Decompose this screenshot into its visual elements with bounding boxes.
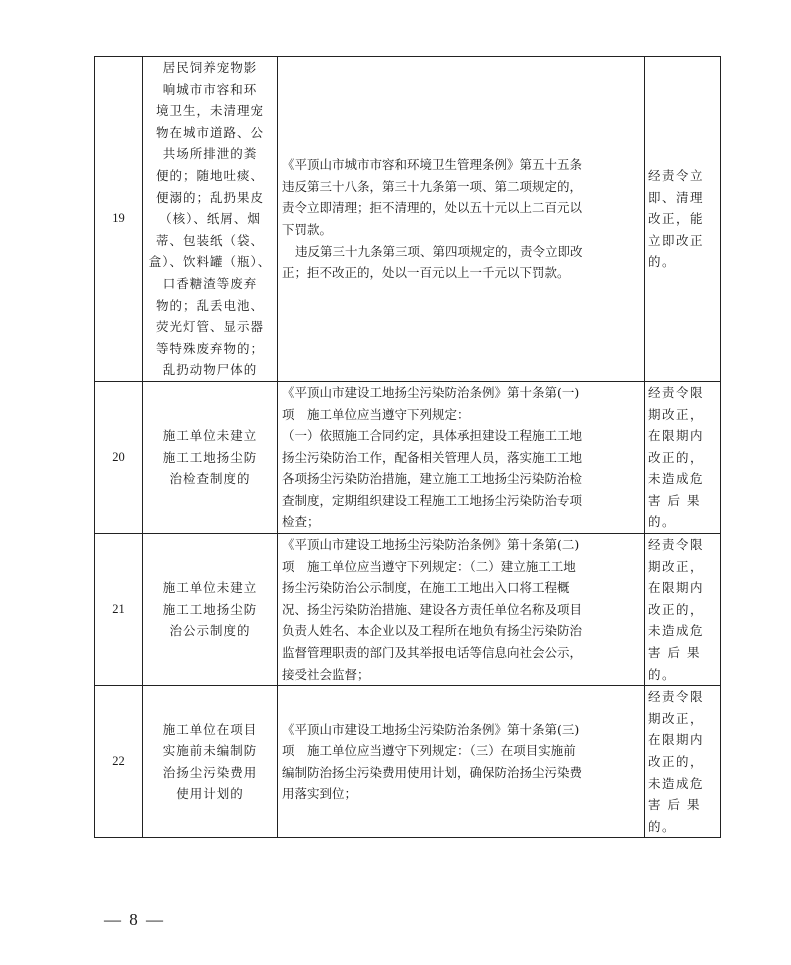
violation-description-line: 居民饲养宠物影 — [146, 57, 274, 79]
legal-basis-line: 《平顶山市建设工地扬尘污染防治条例》第十条第(一) — [282, 382, 640, 404]
violation-description-line: 响城市市容和环 — [146, 79, 274, 101]
exemption-condition-line: 的。 — [648, 664, 717, 686]
violation-description: 居民饲养宠物影响城市市容和环境卫生，未清理宠物在城市道路、公共场所排泄的粪便的；… — [143, 57, 278, 382]
legal-basis-line: 《平顶山市建设工地扬尘污染防治条例》第十条第(三) — [282, 719, 640, 741]
exemption-condition-line: 的。 — [648, 251, 717, 273]
violation-description-line: 便溺的；乱扔果皮 — [146, 187, 274, 209]
legal-basis: 《平顶山市建设工地扬尘污染防治条例》第十条第(三)项 施工单位应当遵守下列规定：… — [278, 686, 645, 838]
violation-description-line: 荧光灯管、显示器 — [146, 316, 274, 338]
exemption-condition-line: 的。 — [648, 816, 717, 838]
exemption-condition-line: 即、清理 — [648, 187, 717, 209]
exemption-condition-line: 未造成危 — [648, 620, 717, 642]
row-number: 21 — [95, 534, 143, 686]
exemption-condition-line: 经责令限 — [648, 686, 717, 708]
legal-basis-line: 责令立即清理；拒不清理的，处以五十元以上二百元以 — [282, 197, 640, 219]
exemption-condition-line: 期改正， — [648, 404, 717, 426]
legal-basis-line: 编制防治扬尘污染费用使用计划，确保防治扬尘污染费 — [282, 762, 640, 784]
exemption-condition-line: 改正的， — [648, 751, 717, 773]
exemption-condition: 经责令立即、清理改正，能立即改正的。 — [645, 57, 721, 382]
violation-description-line: 使用计划的 — [146, 783, 274, 805]
exemption-condition-line: 立即改正 — [648, 230, 717, 252]
legal-basis-line: 违反第三十九条第三项、第四项规定的，责令立即改 — [282, 241, 640, 263]
legal-basis-line: 正；拒不改正的，处以一百元以上一千元以下罚款。 — [282, 262, 640, 284]
violation-description-line: 施工单位在项目 — [146, 719, 274, 741]
legal-basis-line: 项 施工单位应当遵守下列规定：（二）建立施工工地 — [282, 556, 640, 578]
violation-description-line: 物在城市道路、公 — [146, 122, 274, 144]
legal-basis-line: 用落实到位； — [282, 783, 640, 805]
violation-description-line: （核）、纸屑、烟 — [146, 208, 274, 230]
violation-description-line: 乱扔动物尸体的 — [146, 359, 274, 381]
violation-description-line: 盒）、饮料罐（瓶）、 — [146, 251, 274, 273]
violation-description-line: 治公示制度的 — [146, 620, 274, 642]
violation-description-line: 实施前未编制防 — [146, 740, 274, 762]
violation-description-line: 施工工地扬尘防 — [146, 599, 274, 621]
exemption-condition-line: 改正的， — [648, 447, 717, 469]
exemption-condition-line: 改正的， — [648, 599, 717, 621]
legal-basis-line: 检查； — [282, 511, 640, 533]
legal-basis-line: 违反第三十八条，第三十九条第一项、第二项规定的， — [282, 176, 640, 198]
exemption-condition-line: 经责令限 — [648, 534, 717, 556]
exemption-condition: 经责令限期改正，在限期内改正的，未造成危害 后 果的。 — [645, 686, 721, 838]
exemption-condition-line: 的。 — [648, 511, 717, 533]
violation-description: 施工单位未建立施工工地扬尘防治检查制度的 — [143, 381, 278, 533]
legal-basis-line: 监督管理职责的部门及其举报电话等信息向社会公示， — [282, 642, 640, 664]
violation-description-line: 治扬尘污染费用 — [146, 762, 274, 784]
row-number: 19 — [95, 57, 143, 382]
violation-description: 施工单位未建立施工工地扬尘防治公示制度的 — [143, 534, 278, 686]
table-row: 21施工单位未建立施工工地扬尘防治公示制度的《平顶山市建设工地扬尘污染防治条例》… — [95, 534, 721, 686]
legal-basis-line: 扬尘污染防治公示制度，在施工工地出入口将工程概 — [282, 577, 640, 599]
legal-basis-line: 《平顶山市城市市容和环境卫生管理条例》第五十五条 — [282, 154, 640, 176]
exemption-condition-line: 改正，能 — [648, 208, 717, 230]
violation-description-line: 施工单位未建立 — [146, 425, 274, 447]
violation-description-line: 境卫生，未清理宠 — [146, 100, 274, 122]
legal-basis: 《平顶山市建设工地扬尘污染防治条例》第十条第(一)项 施工单位应当遵守下列规定：… — [278, 381, 645, 533]
violation-description-line: 物的；乱丢电池、 — [146, 295, 274, 317]
exemption-condition-line: 害 后 果 — [648, 642, 717, 664]
legal-basis: 《平顶山市城市市容和环境卫生管理条例》第五十五条违反第三十八条，第三十九条第一项… — [278, 57, 645, 382]
table-row: 22施工单位在项目实施前未编制防治扬尘污染费用使用计划的《平顶山市建设工地扬尘污… — [95, 686, 721, 838]
violation-description: 施工单位在项目实施前未编制防治扬尘污染费用使用计划的 — [143, 686, 278, 838]
table-row: 19居民饲养宠物影响城市市容和环境卫生，未清理宠物在城市道路、公共场所排泄的粪便… — [95, 57, 721, 382]
legal-basis-line: 扬尘污染防治工作，配备相关管理人员，落实施工工地 — [282, 447, 640, 469]
exemption-condition-line: 在限期内 — [648, 577, 717, 599]
legal-basis-line: 查制度，定期组织建设工程施工工地扬尘污染防治专项 — [282, 490, 640, 512]
violation-description-line: 蒂、包装纸（袋、 — [146, 230, 274, 252]
violation-description-line: 治检查制度的 — [146, 468, 274, 490]
legal-basis-line: 各项扬尘污染防治措施，建立施工工地扬尘污染防治检 — [282, 468, 640, 490]
legal-basis-line: 项 施工单位应当遵守下列规定：（三）在项目实施前 — [282, 740, 640, 762]
violation-description-line: 等特殊废弃物的； — [146, 338, 274, 360]
exemption-condition: 经责令限期改正，在限期内改正的，未造成危害 后 果的。 — [645, 534, 721, 686]
legal-basis: 《平顶山市建设工地扬尘污染防治条例》第十条第(二)项 施工单位应当遵守下列规定：… — [278, 534, 645, 686]
exemption-condition-line: 期改正， — [648, 708, 717, 730]
penalty-table: 19居民饲养宠物影响城市市容和环境卫生，未清理宠物在城市道路、公共场所排泄的粪便… — [94, 56, 721, 838]
page-number: — 8 — — [104, 910, 165, 930]
legal-basis-line: 负责人姓名、本企业以及工程所在地负有扬尘污染防治 — [282, 620, 640, 642]
exemption-condition: 经责令限期改正，在限期内改正的，未造成危害 后 果的。 — [645, 381, 721, 533]
exemption-condition-line: 期改正， — [648, 556, 717, 578]
exemption-condition-line: 经责令限 — [648, 382, 717, 404]
legal-basis-line: 接受社会监督； — [282, 664, 640, 686]
legal-basis-line: 项 施工单位应当遵守下列规定： — [282, 404, 640, 426]
exemption-condition-line: 害 后 果 — [648, 490, 717, 512]
row-number: 22 — [95, 686, 143, 838]
legal-basis-line: （一）依照施工合同约定，具体承担建设工程施工工地 — [282, 425, 640, 447]
exemption-condition-line: 未造成危 — [648, 468, 717, 490]
table-row: 20施工单位未建立施工工地扬尘防治检查制度的《平顶山市建设工地扬尘污染防治条例》… — [95, 381, 721, 533]
violation-description-line: 施工工地扬尘防 — [146, 447, 274, 469]
exemption-condition-line: 在限期内 — [648, 425, 717, 447]
legal-basis-line: 《平顶山市建设工地扬尘污染防治条例》第十条第(二) — [282, 534, 640, 556]
legal-basis-line: 下罚款。 — [282, 219, 640, 241]
exemption-condition-line: 未造成危 — [648, 773, 717, 795]
exemption-condition-line: 害 后 果 — [648, 794, 717, 816]
violation-description-line: 施工单位未建立 — [146, 577, 274, 599]
row-number: 20 — [95, 381, 143, 533]
violation-description-line: 口香糖渣等废弃 — [146, 273, 274, 295]
legal-basis-line: 况、扬尘污染防治措施、建设各方责任单位名称及项目 — [282, 599, 640, 621]
violation-description-line: 便的；随地吐痰、 — [146, 165, 274, 187]
violation-description-line: 共场所排泄的粪 — [146, 143, 274, 165]
exemption-condition-line: 在限期内 — [648, 729, 717, 751]
exemption-condition-line: 经责令立 — [648, 165, 717, 187]
